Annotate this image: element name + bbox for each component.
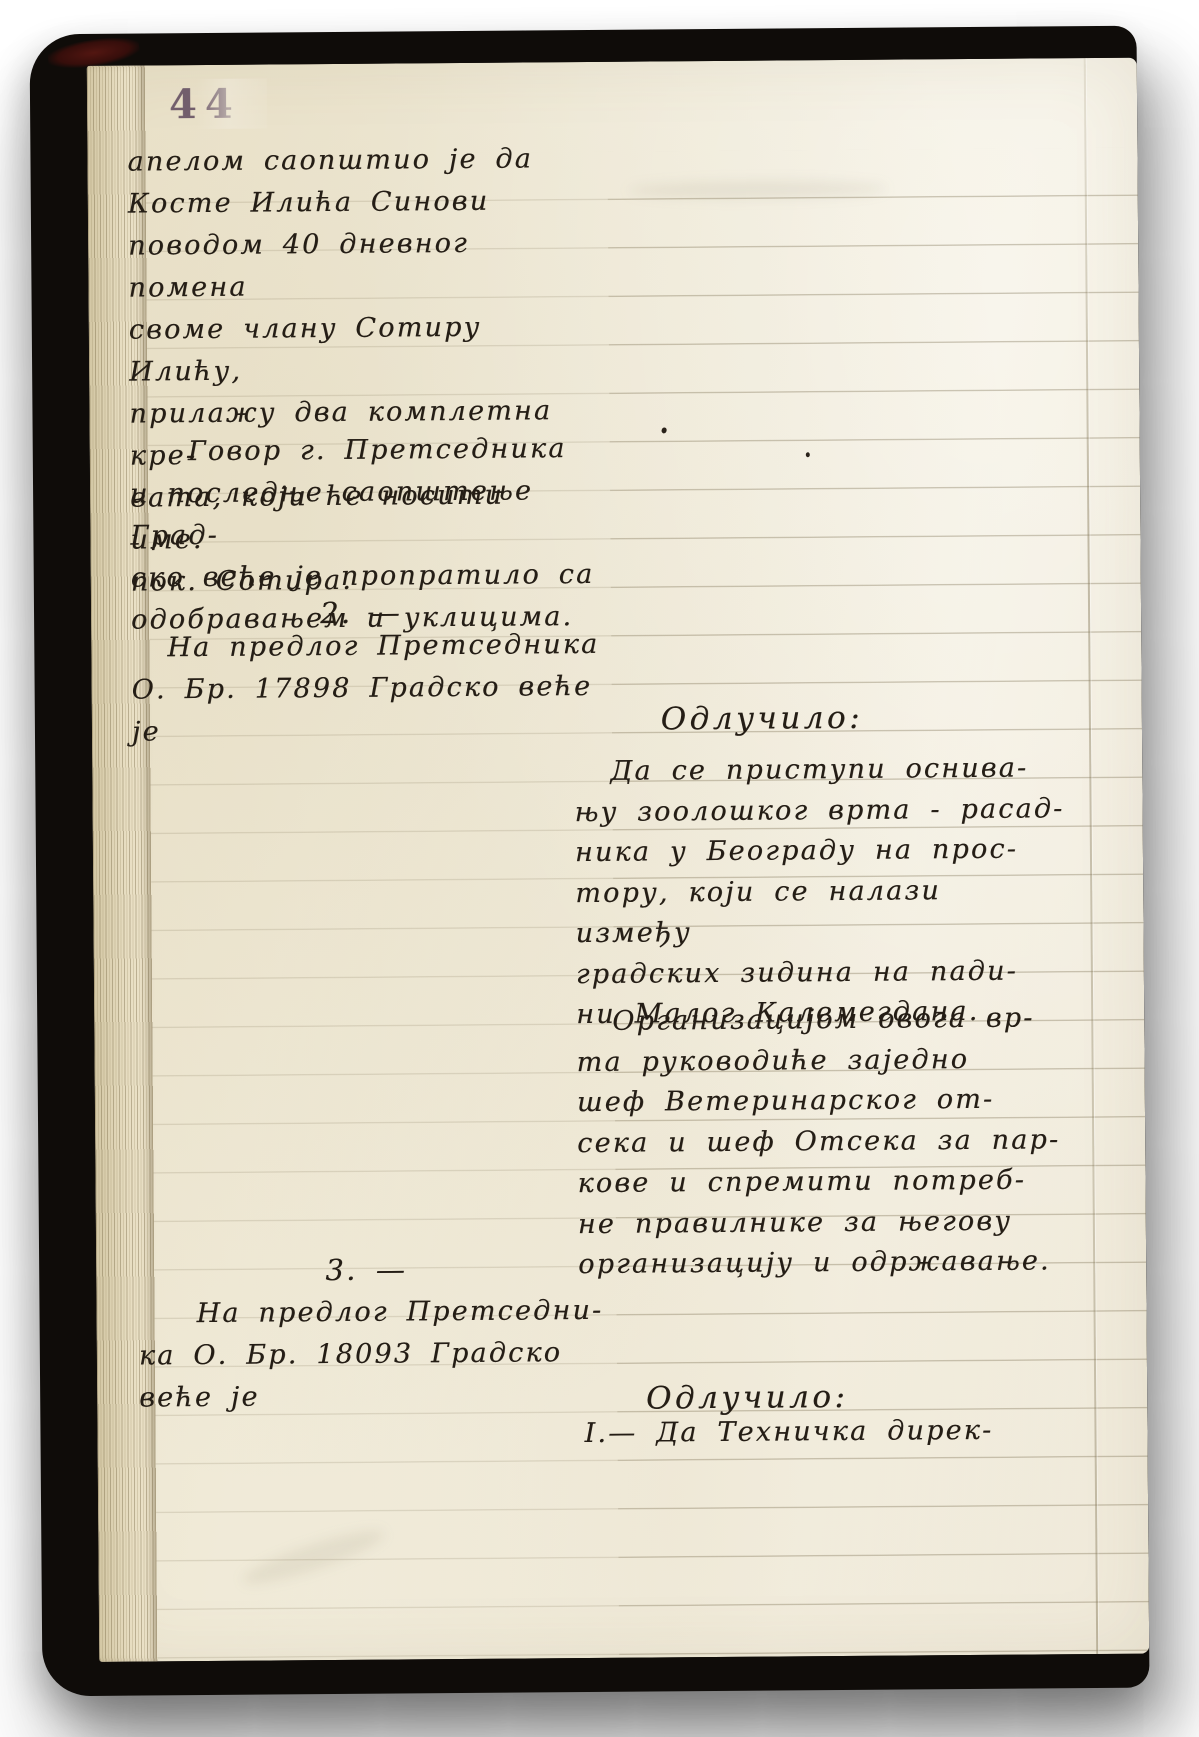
handwritten-line: тору, који се налази између: [575, 870, 1076, 955]
handwritten-line: ника у Београду на прос-: [575, 829, 1075, 873]
handwritten-line: не правилнике за његову: [578, 1201, 1078, 1245]
handwritten-line: кове и спремити потреб-: [577, 1160, 1077, 1204]
handwritten-line: Организацијом овога вр-: [576, 998, 1076, 1042]
handwritten-line: и последње саопштење Град-: [130, 470, 601, 558]
page-number-stamp: 44: [169, 83, 241, 128]
scanned-document: 44 апелом саопштио је даКосте Илића Сино…: [0, 0, 1199, 1737]
handwritten-line: Косте Илића Синови: [128, 180, 588, 226]
decision-2-paragraph: I.— Да Техничка дирек-: [584, 1410, 1084, 1454]
handwritten-line: поводом 40 дневног помена: [128, 222, 589, 310]
handwritten-line: своме члану Сотиру Илићу,: [129, 306, 590, 394]
handwritten-line: њу зоолошког врта - расад-: [574, 789, 1074, 833]
handwritten-line: На предлог Претседни-: [138, 1290, 628, 1336]
handwritten-line: сека и шеф Отсека за пар-: [577, 1120, 1077, 1164]
manuscript-page: 44 апелом саопштио је даКосте Илића Сино…: [87, 58, 1150, 1662]
handwritten-line: градских зидина на пади-: [576, 951, 1076, 995]
handwritten-line: организацију и одржавање.: [578, 1241, 1078, 1285]
decision-1-paragraph-1: Да се приступи оснива-њу зоолошког врта …: [574, 748, 1076, 1035]
handwritten-line: апелом саопштио је да: [127, 138, 587, 184]
handwritten-line: На предлог Претседника: [131, 624, 601, 670]
ledger-book-cover: 44 апелом саопштио је даКосте Илића Сино…: [29, 26, 1149, 1697]
decision-1-paragraph-2: Организацијом овога вр-та руководиће зај…: [576, 998, 1078, 1285]
left-paragraph-3: На предлог ПретседникаО. Бр. 17898 Градс…: [131, 624, 602, 754]
ink-speck: [806, 452, 810, 457]
handwritten-line: та руководиће заједно: [576, 1039, 1076, 1083]
item-3-marker: 3. —: [136, 1247, 596, 1293]
handwritten-line: Да се приступи оснива-: [574, 748, 1074, 792]
handwritten-line: I.— Да Техничка дирек-: [584, 1410, 1084, 1454]
decision-1-heading: Одлучило:: [542, 695, 982, 742]
handwritten-line: шеф Ветеринарског от-: [577, 1079, 1077, 1123]
handwritten-line: Говор г. Претседника: [130, 428, 600, 474]
handwritten-line: О. Бр. 17898 Градско веће је: [131, 666, 602, 754]
